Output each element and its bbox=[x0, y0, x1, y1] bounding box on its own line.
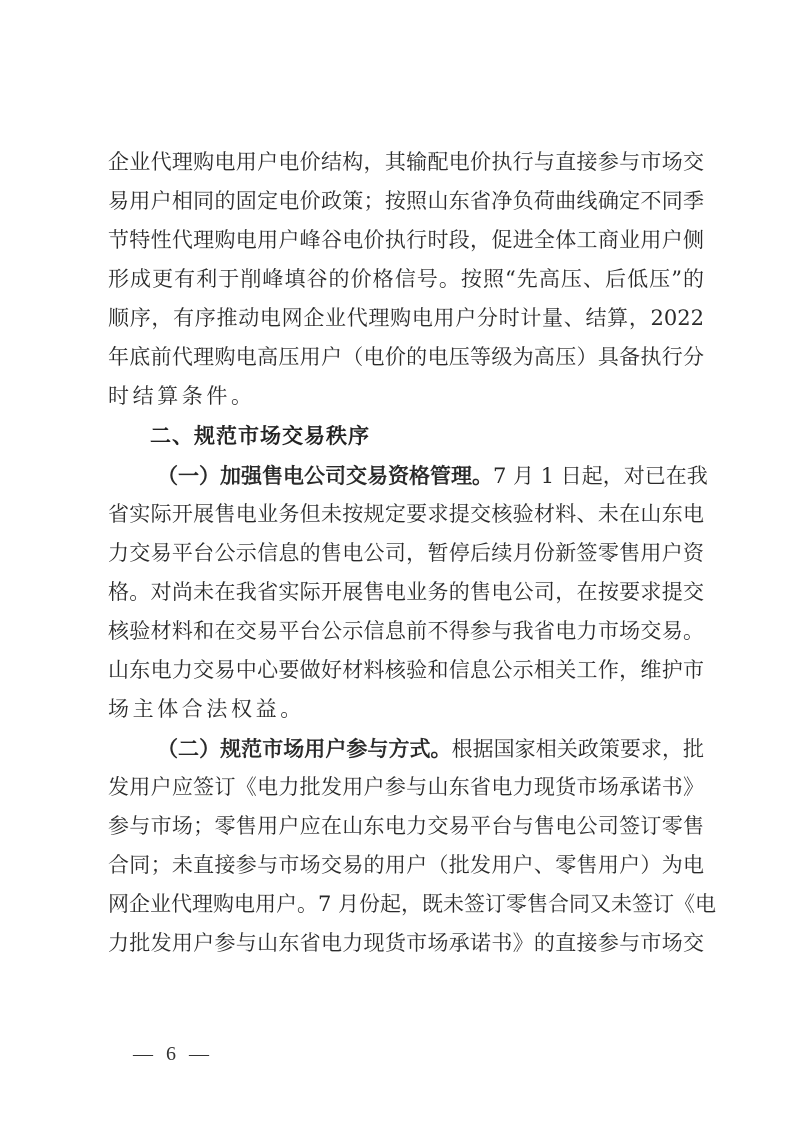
body-text-line: 形成更有利于削峰填谷的价格信号。按照“先高压、后低压”的 bbox=[108, 260, 704, 299]
body-text-line: 山东电力交易中心要做好材料核验和信息公示相关工作，维护市 bbox=[108, 651, 704, 690]
body-text-line: 网企业代理购电用户。7 月份起，既未签订零售合同又未签订《电 bbox=[108, 885, 704, 924]
body-text-line: 顺序，有序推动电网企业代理购电用户分时计量、结算，2022 bbox=[108, 299, 704, 338]
body-text: 根据国家相关政策要求，批 bbox=[452, 737, 704, 761]
body-text-line: 易用户相同的固定电价政策；按照山东省净负荷曲线确定不同季 bbox=[108, 182, 704, 221]
body-text-line: 节特性代理购电用户峰谷电价执行时段，促进全体工商业用户侧 bbox=[108, 221, 704, 260]
subsection-first-line: （一）加强售电公司交易资格管理。7 月 1 日起，对已在我 bbox=[157, 456, 704, 495]
document-page: 企业代理购电用户电价结构，其输配电价执行与直接参与市场交 易用户相同的固定电价政… bbox=[0, 0, 800, 1131]
body-text-line: 场主体合法权益。 bbox=[108, 690, 704, 729]
body-text-line: 格。对尚未在我省实际开展售电业务的售电公司，在按要求提交 bbox=[108, 573, 704, 612]
body-text: 7 月 1 日起，对已在我 bbox=[493, 464, 708, 488]
body-text-line: 力交易平台公示信息的售电公司，暂停后续月份新签零售用户资 bbox=[108, 534, 704, 573]
body-text-line: 发用户应签订《电力批发用户参与山东省电力现货市场承诺书》 bbox=[108, 768, 704, 807]
subsection-lead: （一）加强售电公司交易资格管理。 bbox=[157, 463, 493, 488]
subsection-lead: （二）规范市场用户参与方式。 bbox=[157, 736, 452, 761]
subsection-first-line: （二）规范市场用户参与方式。根据国家相关政策要求，批 bbox=[157, 729, 704, 768]
body-text-line: 核验材料和在交易平台公示信息前不得参与我省电力市场交易。 bbox=[108, 612, 704, 651]
body-text-line: 时结算条件。 bbox=[108, 377, 704, 416]
body-text-line: 企业代理购电用户电价结构，其输配电价执行与直接参与市场交 bbox=[108, 143, 704, 182]
body-text-line: 参与市场；零售用户应在山东电力交易平台与售电公司签订零售 bbox=[108, 807, 704, 846]
page-number: — 6 — bbox=[133, 1040, 213, 1068]
body-text-line: 年底前代理购电高压用户（电价的电压等级为高压）具备执行分 bbox=[108, 338, 704, 377]
body-text-line: 省实际开展售电业务但未按规定要求提交核验材料、未在山东电 bbox=[108, 495, 704, 534]
section-heading: 二、规范市场交易秩序 bbox=[150, 417, 370, 456]
body-text-line: 力批发用户参与山东省电力现货市场承诺书》的直接参与市场交 bbox=[108, 924, 704, 963]
body-text-line: 合同；未直接参与市场交易的用户（批发用户、零售用户）为电 bbox=[108, 846, 704, 885]
